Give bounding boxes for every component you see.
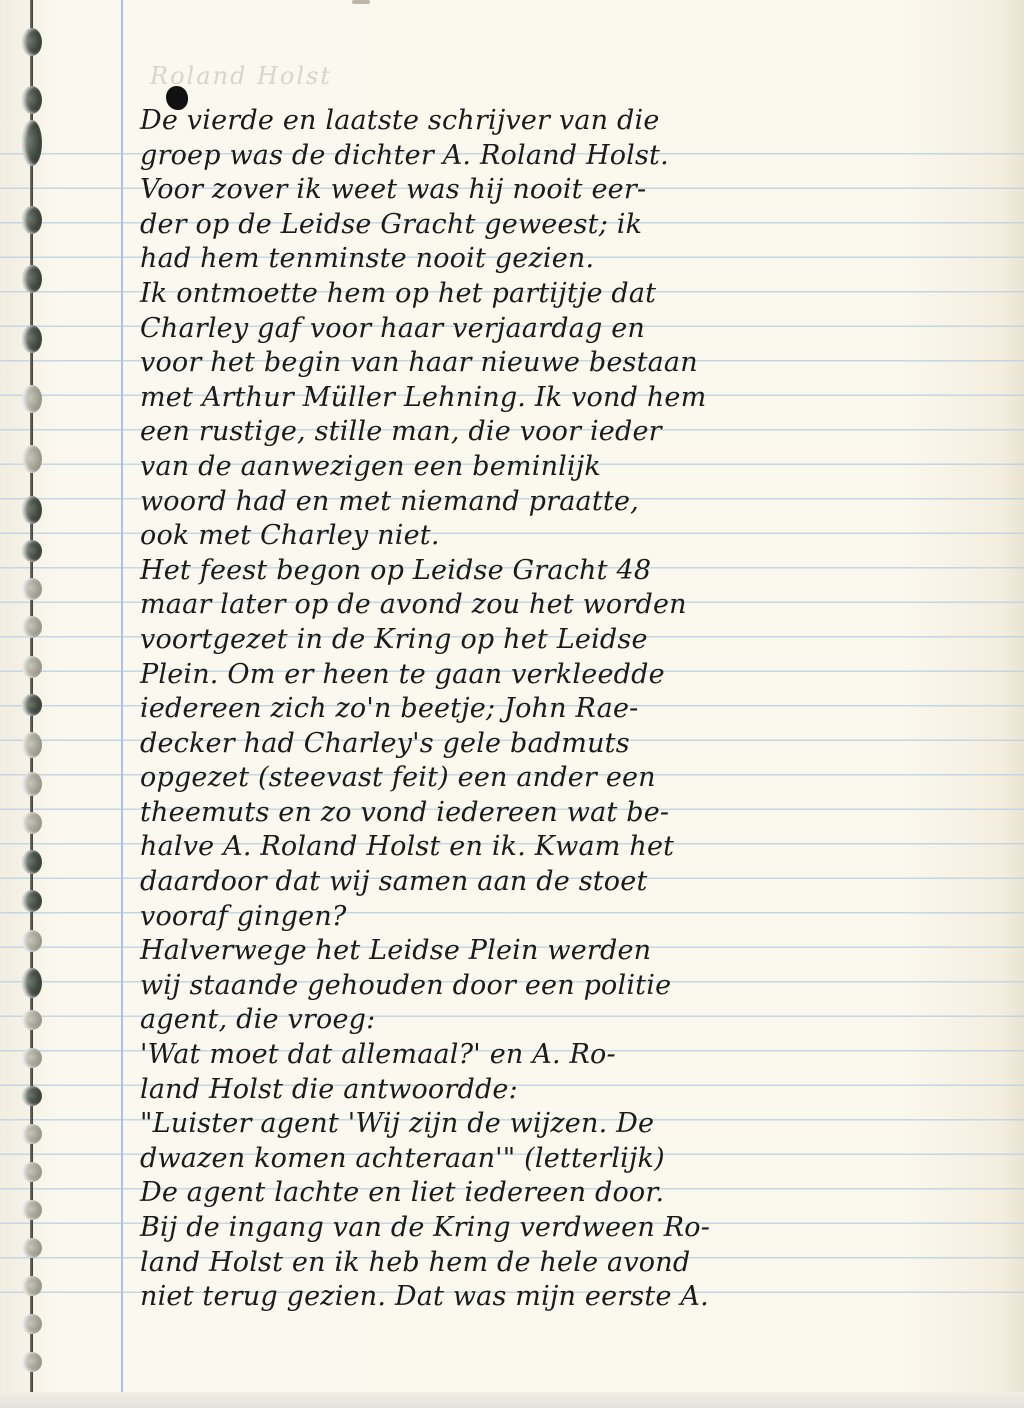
binding-hole [22, 1314, 42, 1334]
text-line: Voor zover ik weet was hij nooit eer- [140, 173, 1010, 208]
binding-hole [22, 1124, 42, 1144]
binding-hole [22, 850, 42, 874]
binding-hole [22, 616, 42, 638]
binding-hole [22, 1010, 42, 1030]
top-edge-mark [352, 0, 370, 4]
text-line: Bij de ingang van de Kring verdween Ro- [140, 1211, 1010, 1246]
binding-hole [22, 1048, 42, 1068]
text-line: decker had Charley's gele badmuts [140, 727, 1010, 762]
text-line: opgezet (steevast feit) een ander een [140, 761, 1010, 796]
binding-hole [22, 1352, 42, 1372]
text-line: De vierde en laatste schrijver van die [140, 104, 1010, 139]
text-line: had hem tenminste nooit gezien. [140, 242, 1010, 277]
text-line: groep was de dichter A. Roland Holst. [140, 139, 1010, 174]
text-line: Plein. Om er heen te gaan verkleedde [140, 658, 1010, 693]
text-line: land Holst en ik heb hem de hele avond [140, 1246, 1010, 1281]
handwritten-text: De vierde en laatste schrijver van die g… [140, 104, 1010, 1315]
binding-hole [22, 325, 42, 353]
text-line: De agent lachte en liet iedereen door. [140, 1176, 1010, 1211]
text-line: Charley gaf voor haar verjaardag en [140, 312, 1010, 347]
binding-hole [22, 930, 42, 952]
text-line: vooraf gingen? [140, 900, 1010, 935]
text-line: daardoor dat wij samen aan de stoet [140, 865, 1010, 900]
binding-hole [22, 578, 42, 600]
text-line: een rustige, stille man, die voor ieder [140, 415, 1010, 450]
text-line: Ik ontmoette hem op het partijtje dat [140, 277, 1010, 312]
text-line: dwazen komen achteraan'" (letterlijk) [140, 1142, 1010, 1177]
binding-hole [22, 772, 42, 796]
text-line: halve A. Roland Holst en ik. Kwam het [140, 830, 1010, 865]
binding-hole [22, 496, 42, 524]
text-line: voor het begin van haar nieuwe bestaan [140, 346, 1010, 381]
text-line: land Holst die antwoordde: [140, 1073, 1010, 1108]
text-line: met Arthur Müller Lehning. Ik vond hem [140, 381, 1010, 416]
page-bottom-edge [0, 1392, 1024, 1408]
text-line: van de aanwezigen een beminlijk [140, 450, 1010, 485]
binding-hole [22, 1200, 42, 1220]
binding-hole [22, 385, 42, 413]
binding-hole [22, 206, 42, 234]
binding-hole [22, 732, 42, 758]
text-line: iedereen zich zo'n beetje; John Rae- [140, 692, 1010, 727]
binding-hole [22, 812, 42, 834]
binding-hole [22, 28, 42, 56]
binding-hole [22, 890, 42, 912]
binding-hole [22, 540, 42, 562]
text-line: woord had en met niemand praatte, [140, 485, 1010, 520]
notebook-page: Roland Holst De vierde en laatste schrij… [0, 0, 1024, 1408]
text-line: "Luister agent 'Wij zijn de wijzen. De [140, 1107, 1010, 1142]
binding-hole [22, 1086, 42, 1106]
binding-hole [22, 656, 42, 678]
text-line: ook met Charley niet. [140, 519, 1010, 554]
text-line: Het feest begon op Leidse Gracht 48 [140, 554, 1010, 589]
text-line: agent, die vroeg: [140, 1003, 1010, 1038]
text-line: 'Wat moet dat allemaal?' en A. Ro- [140, 1038, 1010, 1073]
binding-hole [22, 1276, 42, 1296]
text-line: voortgezet in de Kring op het Leidse [140, 623, 1010, 658]
binding-hole [22, 1162, 42, 1182]
binding-hole [22, 1238, 42, 1258]
text-line: niet terug gezien. Dat was mijn eerste A… [140, 1280, 1010, 1315]
binding-hole [22, 120, 42, 166]
text-line: der op de Leidse Gracht geweest; ik [140, 208, 1010, 243]
text-line: wij staande gehouden door een politie [140, 969, 1010, 1004]
text-line: theemuts en zo vond iedereen wat be- [140, 796, 1010, 831]
binding-hole [22, 86, 42, 114]
text-line: Halverwege het Leidse Plein werden [140, 934, 1010, 969]
binding-hole [22, 968, 42, 998]
text-line: maar later op de avond zou het worden [140, 588, 1010, 623]
binding-hole [22, 445, 42, 473]
binding-hole [22, 265, 42, 293]
binding-hole [22, 694, 42, 716]
margin-line [121, 0, 123, 1408]
